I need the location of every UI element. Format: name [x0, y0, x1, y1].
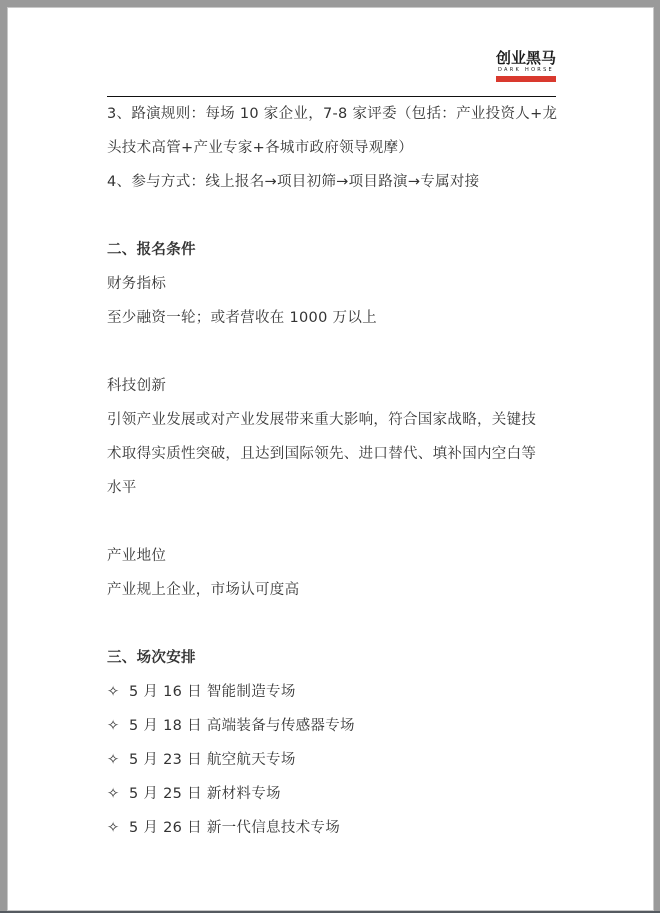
industry-text: 产业规上企业，市场认可度高	[107, 580, 299, 600]
schedule-item: ✧5 月 18 日 高端装备与传感器专场	[107, 716, 355, 736]
star-bullet-icon: ✧	[107, 750, 129, 770]
section2-title: 二、报名条件	[107, 240, 196, 260]
schedule-date: 5 月 18 日	[129, 718, 202, 734]
logo-red-bar	[496, 76, 556, 82]
star-bullet-icon: ✧	[107, 818, 129, 838]
header-rule	[107, 96, 556, 97]
rule3-line1: 3、路演规则：每场 10 家企业，7-8 家评委（包括：产业投资人+龙	[107, 104, 557, 124]
star-bullet-icon: ✧	[107, 682, 129, 702]
tech-line2: 术取得实质性突破，且达到国际领先、进口替代、填补国内空白等	[107, 444, 536, 464]
schedule-date: 5 月 23 日	[129, 752, 202, 768]
tech-line3: 水平	[107, 478, 137, 498]
finance-text: 至少融资一轮；或者营收在 1000 万以上	[107, 308, 377, 328]
tech-title: 科技创新	[107, 376, 166, 396]
logo-english-text: DARK HORSE	[496, 67, 556, 74]
dark-horse-logo: 创业黑马 DARK HORSE	[496, 50, 556, 82]
industry-title: 产业地位	[107, 546, 166, 566]
schedule-name: 高端装备与传感器专场	[207, 718, 355, 734]
schedule-item: ✧5 月 26 日 新一代信息技术专场	[107, 818, 340, 838]
star-bullet-icon: ✧	[107, 784, 129, 804]
tech-line1: 引领产业发展或对产业发展带来重大影响，符合国家战略，关键技	[107, 410, 536, 430]
schedule-name: 新材料专场	[207, 786, 281, 802]
schedule-item: ✧5 月 25 日 新材料专场	[107, 784, 281, 804]
schedule-name: 新一代信息技术专场	[207, 820, 340, 836]
logo-chinese-text: 创业黑马	[496, 50, 556, 66]
schedule-date: 5 月 25 日	[129, 786, 202, 802]
schedule-date: 5 月 26 日	[129, 820, 202, 836]
finance-title: 财务指标	[107, 274, 166, 294]
schedule-item: ✧5 月 23 日 航空航天专场	[107, 750, 296, 770]
schedule-item: ✧5 月 16 日 智能制造专场	[107, 682, 296, 702]
section3-title: 三、场次安排	[107, 648, 196, 668]
star-bullet-icon: ✧	[107, 716, 129, 736]
schedule-date: 5 月 16 日	[129, 684, 202, 700]
rule4-text: 4、参与方式：线上报名→项目初筛→项目路演→专属对接	[107, 172, 479, 192]
rule3-line2: 头技术高管+产业专家+各城市政府领导观摩）	[107, 138, 413, 158]
schedule-name: 航空航天专场	[207, 752, 296, 768]
schedule-name: 智能制造专场	[207, 684, 296, 700]
